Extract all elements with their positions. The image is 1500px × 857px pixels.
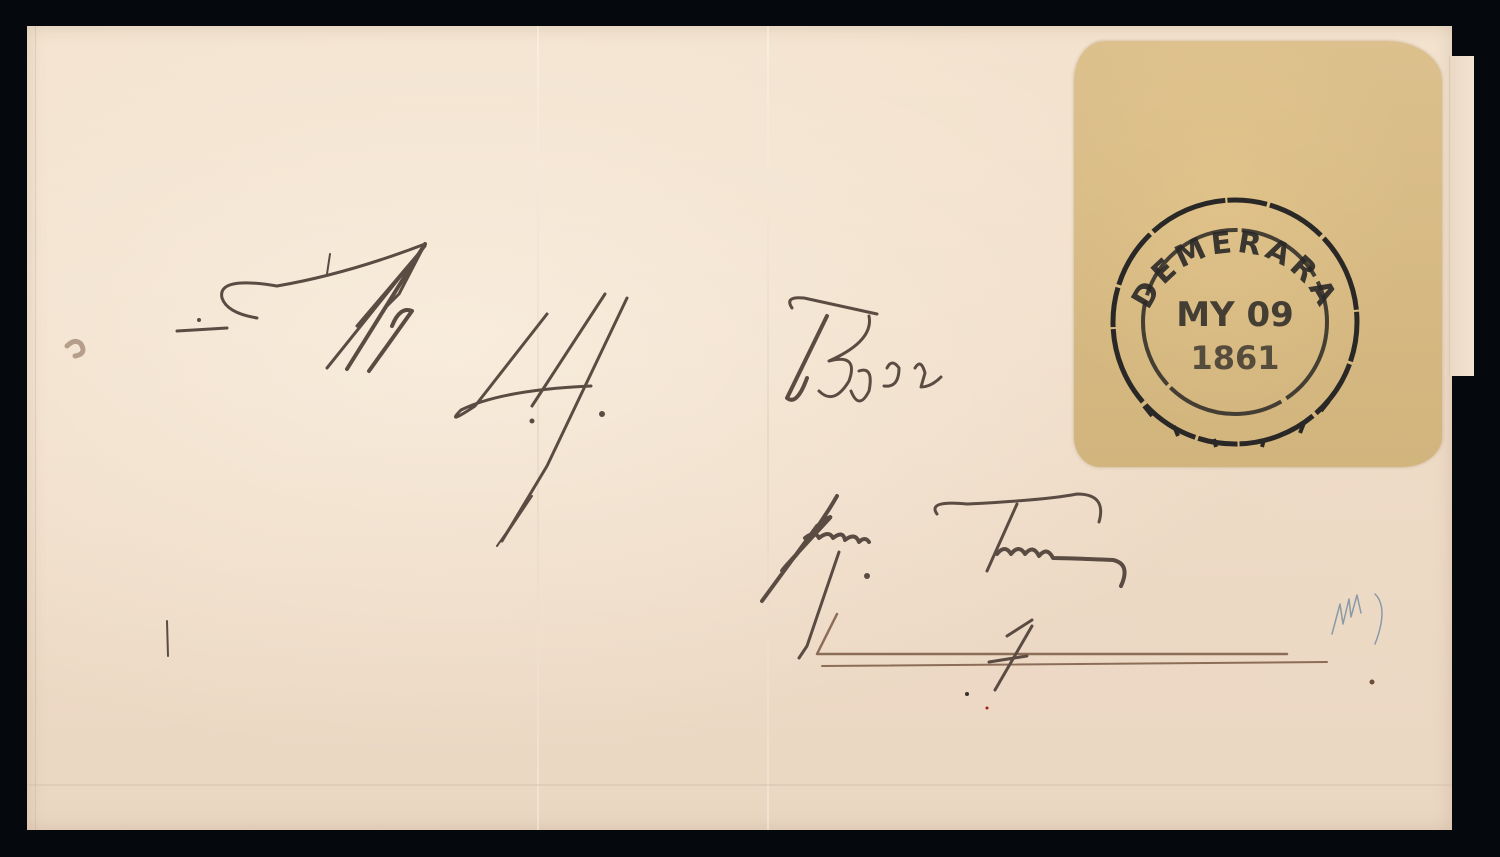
vertical-fold-line [537,26,539,830]
horizontal-fold-line [27,784,1452,786]
left-edge-crease [35,26,36,830]
circular-datestamp: DEMERARA MY 09 1861 [1104,191,1366,453]
envelope-cover: DEMERARA MY 09 1861 Mr J. J. Bell George… [27,26,1452,830]
svg-text:1861: 1861 [1190,339,1279,377]
address-line-2: George Town [27,26,28,27]
adhesive-stamp: DEMERARA MY 09 1861 [1074,41,1442,467]
address-line-1: Mr J. J. Bell [27,26,28,27]
svg-text:MY 09: MY 09 [1176,295,1294,335]
vertical-fold-line [767,26,769,830]
folded-flap-edge [1449,56,1474,376]
